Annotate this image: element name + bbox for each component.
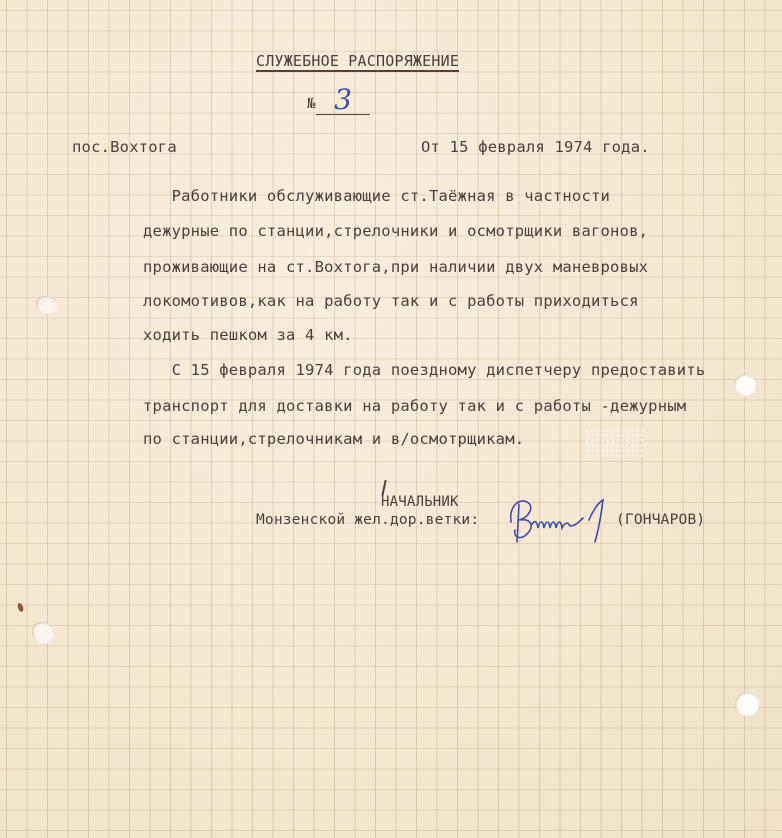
- place-of-issue: пос.Вохтога: [72, 138, 177, 156]
- paragraph1-line: ходить пешком за 4 км.: [143, 326, 353, 344]
- paragraph1-line: локомотивов,как на работу так и с работы…: [143, 292, 639, 310]
- paragraph2-line: С 15 февраля 1974 года поездному диспетч…: [143, 361, 705, 379]
- punch-hole: [735, 692, 759, 716]
- document-title: СЛУЖЕБНОЕ РАСПОРЯЖЕНИЕ: [256, 52, 459, 70]
- punch-hole: [734, 374, 756, 396]
- signatory-organization: Монзенской жел.дор.ветки:: [256, 512, 479, 528]
- paper-stain: [17, 602, 25, 612]
- paragraph2-line: транспорт для доставки на работу так и с…: [143, 397, 686, 415]
- document-date: От 15 февраля 1974 года.: [421, 138, 650, 156]
- paper-speckle: [585, 428, 645, 458]
- paragraph1-line: Работники обслуживающие ст.Таёжная в час…: [143, 187, 610, 205]
- document-page: СЛУЖЕБНОЕ РАСПОРЯЖЕНИЕ № 3 пос.Вохтога О…: [0, 0, 782, 838]
- paragraph1-line: проживающие на ст.Вохтога,при наличии дв…: [143, 258, 648, 276]
- document-number: 3: [316, 86, 370, 115]
- punch-hole: [32, 622, 54, 644]
- number-label: №: [307, 96, 316, 112]
- paragraph2-line: по станции,стрелочникам и в/осмотрщикам.: [143, 430, 524, 448]
- punch-hole: [36, 296, 58, 314]
- paragraph1-line: дежурные по станции,стрелочники и осмотр…: [143, 222, 648, 240]
- signatory-name: (ГОНЧАРОВ): [616, 512, 705, 528]
- signatory-position: НАЧАЛЬНИК: [381, 494, 459, 510]
- handwritten-signature: [505, 492, 617, 550]
